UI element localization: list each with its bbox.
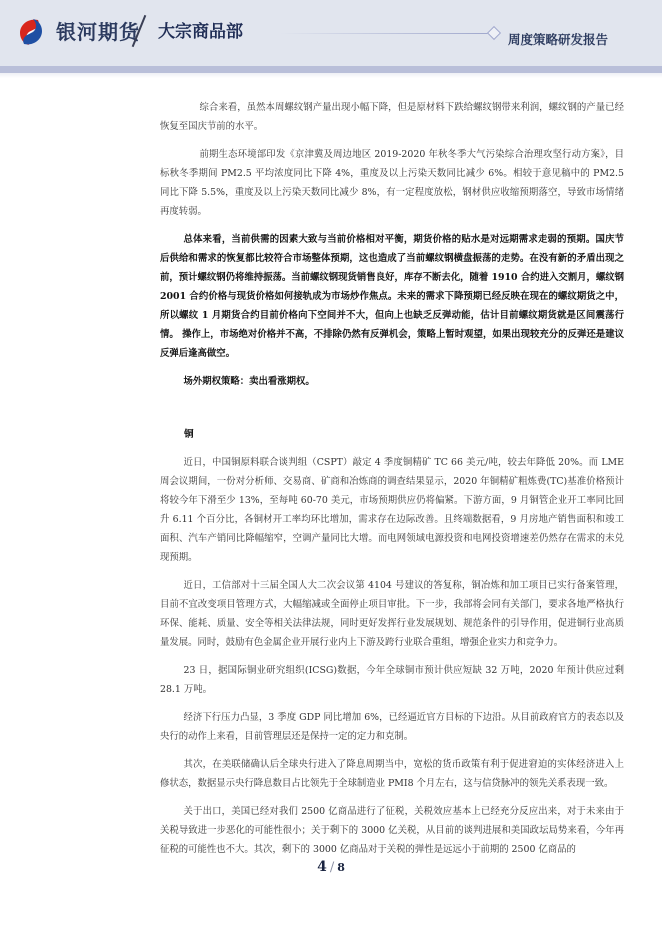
page-total: 8 [337,861,345,874]
header-shadow [0,73,662,78]
report-header: 银河期货 大宗商品部 周度策略研发报告 [0,0,662,66]
department-name: 大宗商品部 [158,18,243,46]
paragraph-macro-gdp: 经济下行压力凸显，3 季度 GDP 同比增加 6%，已经逼近官方目标的下边沿。从… [160,708,624,746]
paragraph-overall-outlook: 总体来看，当前供需的因素大致与当前价格相对平衡，期货价格的贴水是对远期需求走弱的… [160,230,624,363]
paragraph-copper-tc: 近日，中国铜原料联合谈判组（CSPT）敲定 4 季度铜精矿 TC 66 美元/吨… [160,453,624,567]
header-decorative-line [280,33,490,34]
section-title-copper: 铜 [160,425,624,444]
company-name: 银河期货 [56,17,140,47]
header-band [0,66,662,73]
page-number: 4/8 [0,859,662,875]
report-type-label: 周度策略研发报告 [508,32,608,48]
page-separator: / [330,860,334,875]
document-body: 综合来看，虽然本周螺纹钢产量出现小幅下降，但是原材料下跌给螺纹钢带来利润，螺纹钢… [160,98,624,868]
paragraph-environment-policy: 前期生态环境部印发《京津冀及周边地区 2019-2020 年秋冬季大气污染综合治… [160,145,624,221]
paragraph-copper-icsg: 23 日，据国际铜业研究组织(ICSG)数据，今年全球铜市预计供应短缺 32 万… [160,661,624,699]
paragraph-rebar-summary: 综合来看，虽然本周螺纹钢产量出现小幅下降，但是原材料下跌给螺纹钢带来利润，螺纹钢… [160,98,624,136]
diamond-icon [487,26,501,40]
paragraph-macro-rate-cuts: 其次，在美联储确认后全球央行进入了降息周期当中，宽松的货币政策有利于促进窘迫的实… [160,755,624,793]
paragraph-export-tariffs: 关于出口，美国已经对我们 2500 亿商品进行了征税，关税效应基本上已经充分反应… [160,802,624,859]
galaxy-futures-logo-icon [16,17,46,47]
paragraph-otc-option-strategy: 场外期权策略：卖出看涨期权。 [160,372,624,391]
paragraph-copper-miit: 近日，工信部对十三届全国人大二次会议第 4104 号建议的答复称，铜冶炼和加工项… [160,576,624,652]
page-current: 4 [317,859,327,875]
